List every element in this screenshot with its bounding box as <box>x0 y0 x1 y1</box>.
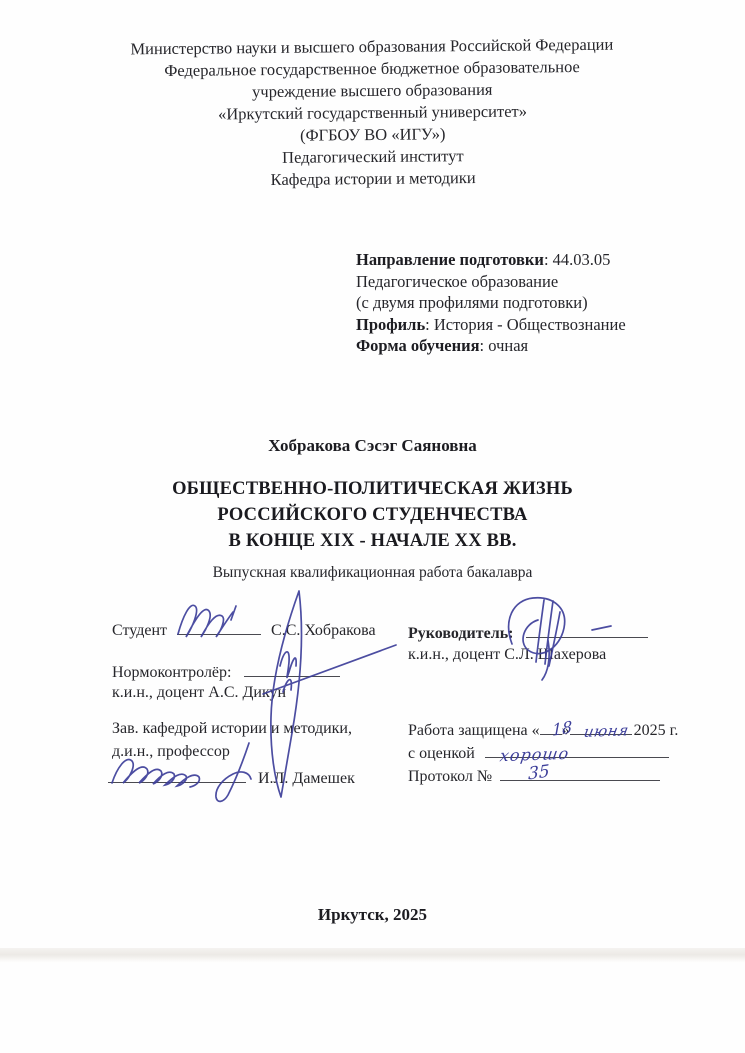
supervisor-label: Руководитель: <box>408 625 514 642</box>
normcontrol-name: к.и.н., доцент А.С. Дикун <box>112 684 286 701</box>
program-name: Педагогическое образование <box>356 271 696 293</box>
protocol-line <box>500 766 660 781</box>
supervisor-signature-line <box>526 623 648 638</box>
dept-head-row2: д.и.н., профессор <box>112 743 230 761</box>
author-name: Хобракова Сэсэг Саяновна <box>0 436 745 456</box>
handwritten-grade: хорошо <box>499 744 571 766</box>
profile-value: : История - Обществознание <box>425 315 625 334</box>
direction-label: Направление подготовки <box>356 250 544 269</box>
form-value: : очная <box>480 336 529 355</box>
defense-date-row: Работа защищена «»2025 г. <box>408 720 678 740</box>
normcontrol-label: Нормоконтролёр: <box>112 664 231 681</box>
supervisor-name-row: к.и.н., доцент С.Л. Шахерова <box>408 646 606 664</box>
student-name: С.С. Хобракова <box>271 622 376 639</box>
form-label: Форма обучения <box>356 336 480 355</box>
normcontrol-name-row: к.и.н., доцент А.С. Дикун <box>112 684 286 702</box>
title-line-3: В КОНЦЕ XIX - НАЧАЛЕ XX ВВ. <box>0 528 745 554</box>
thesis-title-page: Министерство науки и высшего образования… <box>0 0 745 1053</box>
handwritten-protocol-number: 35 <box>528 761 549 784</box>
thesis-title: ОБЩЕСТВЕННО-ПОЛИТИЧЕСКАЯ ЖИЗНЬ РОССИЙСКО… <box>0 476 745 554</box>
handwritten-month: июня <box>582 721 630 741</box>
profile-label: Профиль <box>356 315 425 334</box>
dept-head-signature-line <box>108 768 246 783</box>
title-line-1: ОБЩЕСТВЕННО-ПОЛИТИЧЕСКАЯ ЖИЗНЬ <box>0 476 745 502</box>
grade-label: с оценкой <box>408 745 475 762</box>
scan-bottom-edge <box>0 948 745 963</box>
program-form: Форма обучения: очная <box>356 335 696 357</box>
dept-head-line2: д.и.н., профессор <box>112 743 230 760</box>
city-year: Иркутск, 2025 <box>0 905 745 925</box>
student-label: Студент <box>112 622 167 639</box>
supervisor-name: к.и.н., доцент С.Л. Шахерова <box>408 646 606 663</box>
defense-year: 2025 г. <box>634 722 679 739</box>
student-signature-line <box>177 620 261 635</box>
dept-head-name: И.Л. Дамешек <box>258 770 355 787</box>
program-name2: (с двумя профилями подготовки) <box>356 292 696 314</box>
program-direction: Направление подготовки: 44.03.05 <box>356 249 696 271</box>
normcontrol-row: Нормоконтролёр: <box>112 662 340 682</box>
dept-head-row1: Зав. кафедрой истории и методики, <box>112 720 352 738</box>
student-signature-row: Студент С.С. Хобракова <box>112 620 376 640</box>
supervisor-signature-row: Руководитель: <box>408 623 648 643</box>
program-profile: Профиль: История - Обществознание <box>356 314 696 336</box>
dept-head-line1: Зав. кафедрой истории и методики, <box>112 720 352 737</box>
direction-value: : 44.03.05 <box>544 250 610 269</box>
program-info: Направление подготовки: 44.03.05 Педагог… <box>356 249 696 357</box>
normcontrol-signature-line <box>244 662 340 677</box>
title-line-2: РОССИЙСКОГО СТУДЕНЧЕСТВА <box>0 502 745 528</box>
thesis-subtitle: Выпускная квалификационная работа бакала… <box>0 564 745 582</box>
defense-prefix: Работа защищена « <box>408 722 540 739</box>
university-header: Министерство науки и высшего образования… <box>0 32 745 193</box>
handwritten-day: 18 <box>552 717 572 740</box>
dept-head-signature-row: И.Л. Дамешек <box>108 768 355 788</box>
protocol-label: Протокол № <box>408 768 492 785</box>
